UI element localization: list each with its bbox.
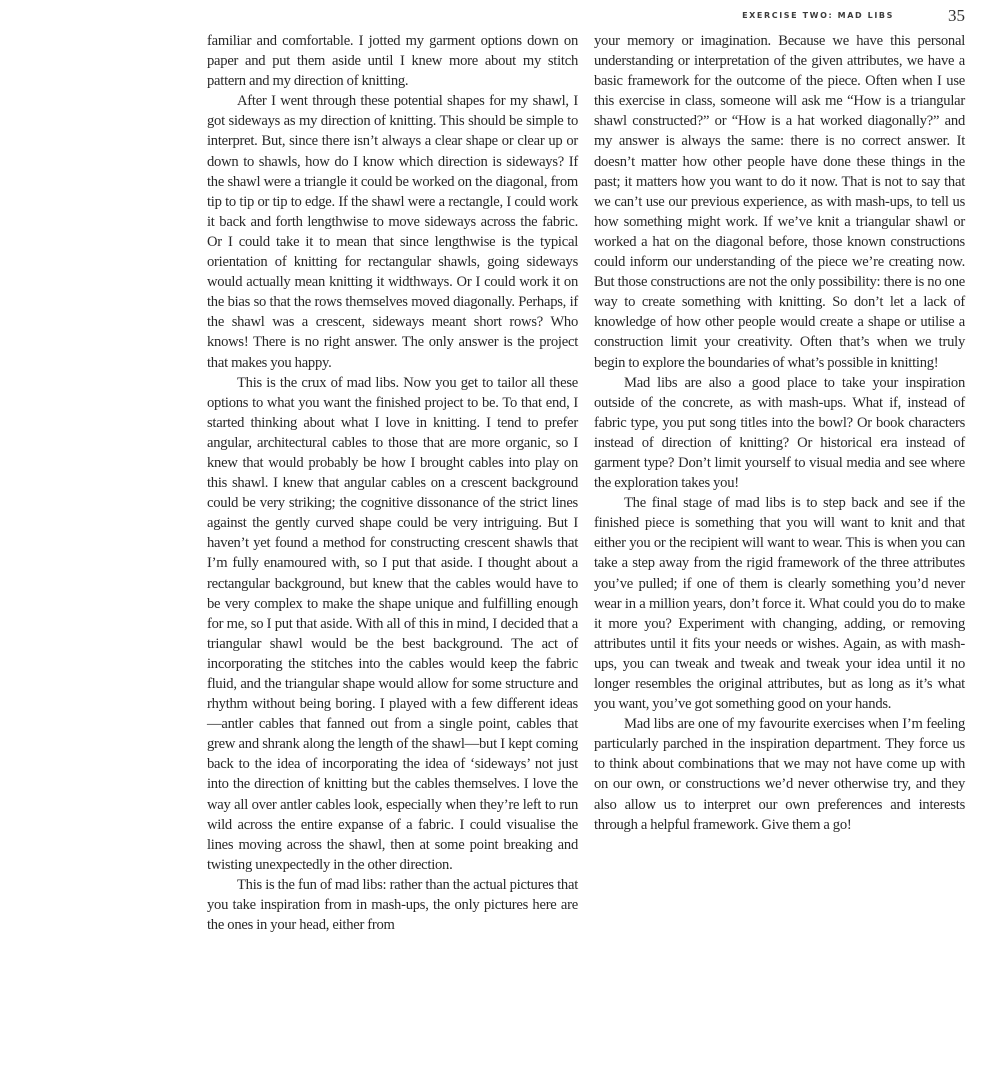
paragraph: your memory or imagination. Because we h… (594, 31, 965, 373)
paragraph: The final stage of mad libs is to step b… (594, 493, 965, 714)
paragraph: This is the crux of mad libs. Now you ge… (207, 373, 578, 875)
running-head: EXERCISE TWO: MAD LIBS (742, 11, 894, 20)
paragraph: This is the fun of mad libs: rather than… (207, 875, 578, 935)
book-page: EXERCISE TWO: MAD LIBS 35 familiar and c… (0, 0, 999, 1071)
paragraph: After I went through these potential sha… (207, 91, 578, 372)
left-column: familiar and comfortable. I jotted my ga… (207, 31, 578, 935)
text-columns: familiar and comfortable. I jotted my ga… (207, 31, 965, 935)
right-column: your memory or imagination. Because we h… (594, 31, 965, 935)
paragraph: familiar and comfortable. I jotted my ga… (207, 31, 578, 91)
page-header: EXERCISE TWO: MAD LIBS 35 (742, 6, 965, 26)
paragraph: Mad libs are one of my favourite exercis… (594, 714, 965, 835)
page-number: 35 (948, 6, 965, 26)
paragraph: Mad libs are also a good place to take y… (594, 373, 965, 494)
